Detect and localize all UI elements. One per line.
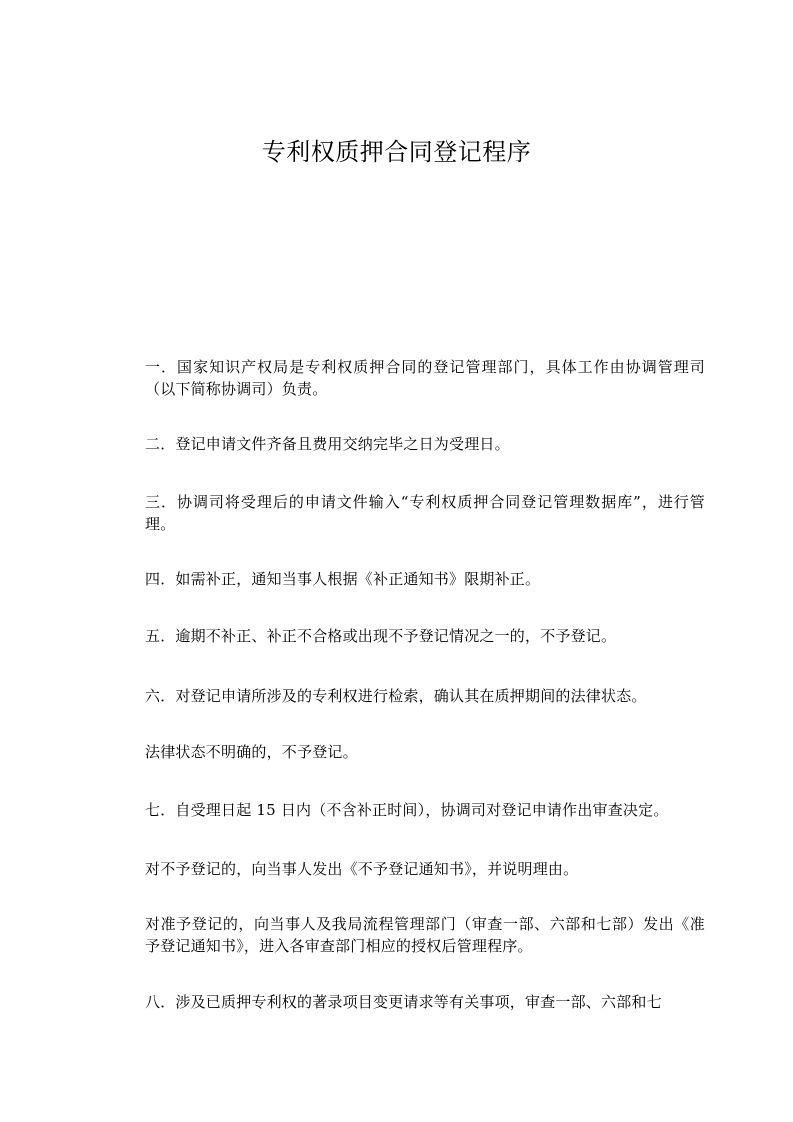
paragraph-6-continued: 法律状态不明确的，不予登记。 — [145, 741, 705, 763]
paragraph-7-rejection: 对不予登记的，向当事人发出《不予登记通知书》，并说明理由。 — [145, 858, 705, 880]
paragraph-8: 八．涉及已质押专利权的著录项目变更请求等有关事项，审查一部、六部和七 — [145, 991, 705, 1013]
paragraph-7-approval: 对准予登记的，向当事人及我局流程管理部门（审查一部、六部和七部）发出《准予登记通… — [145, 913, 705, 957]
paragraph-2: 二．登记申请文件齐备且费用交纳完毕之日为受理日。 — [145, 433, 705, 455]
paragraph-1: 一．国家知识产权局是专利权质押合同的登记管理部门，具体工作由协调管理司（以下简称… — [145, 356, 705, 400]
paragraph-4: 四．如需补正，通知当事人根据《补正通知书》限期补正。 — [145, 568, 705, 590]
document-page: 专利权质押合同登记程序 一．国家知识产权局是专利权质押合同的登记管理部门，具体工… — [0, 0, 793, 1122]
document-title: 专利权质押合同登记程序 — [0, 136, 793, 168]
paragraph-6: 六．对登记申请所涉及的专利权进行检索，确认其在质押期间的法律状态。 — [145, 685, 705, 707]
paragraph-3: 三．协调司将受理后的申请文件输入“专利权质押合同登记管理数据库”，进行管理。 — [145, 491, 705, 535]
paragraph-7: 七．自受理日起 15 日内（不含补正时间），协调司对登记申请作出审查决定。 — [145, 799, 705, 821]
paragraph-5: 五．逾期不补正、补正不合格或出现不予登记情况之一的，不予登记。 — [145, 625, 705, 647]
